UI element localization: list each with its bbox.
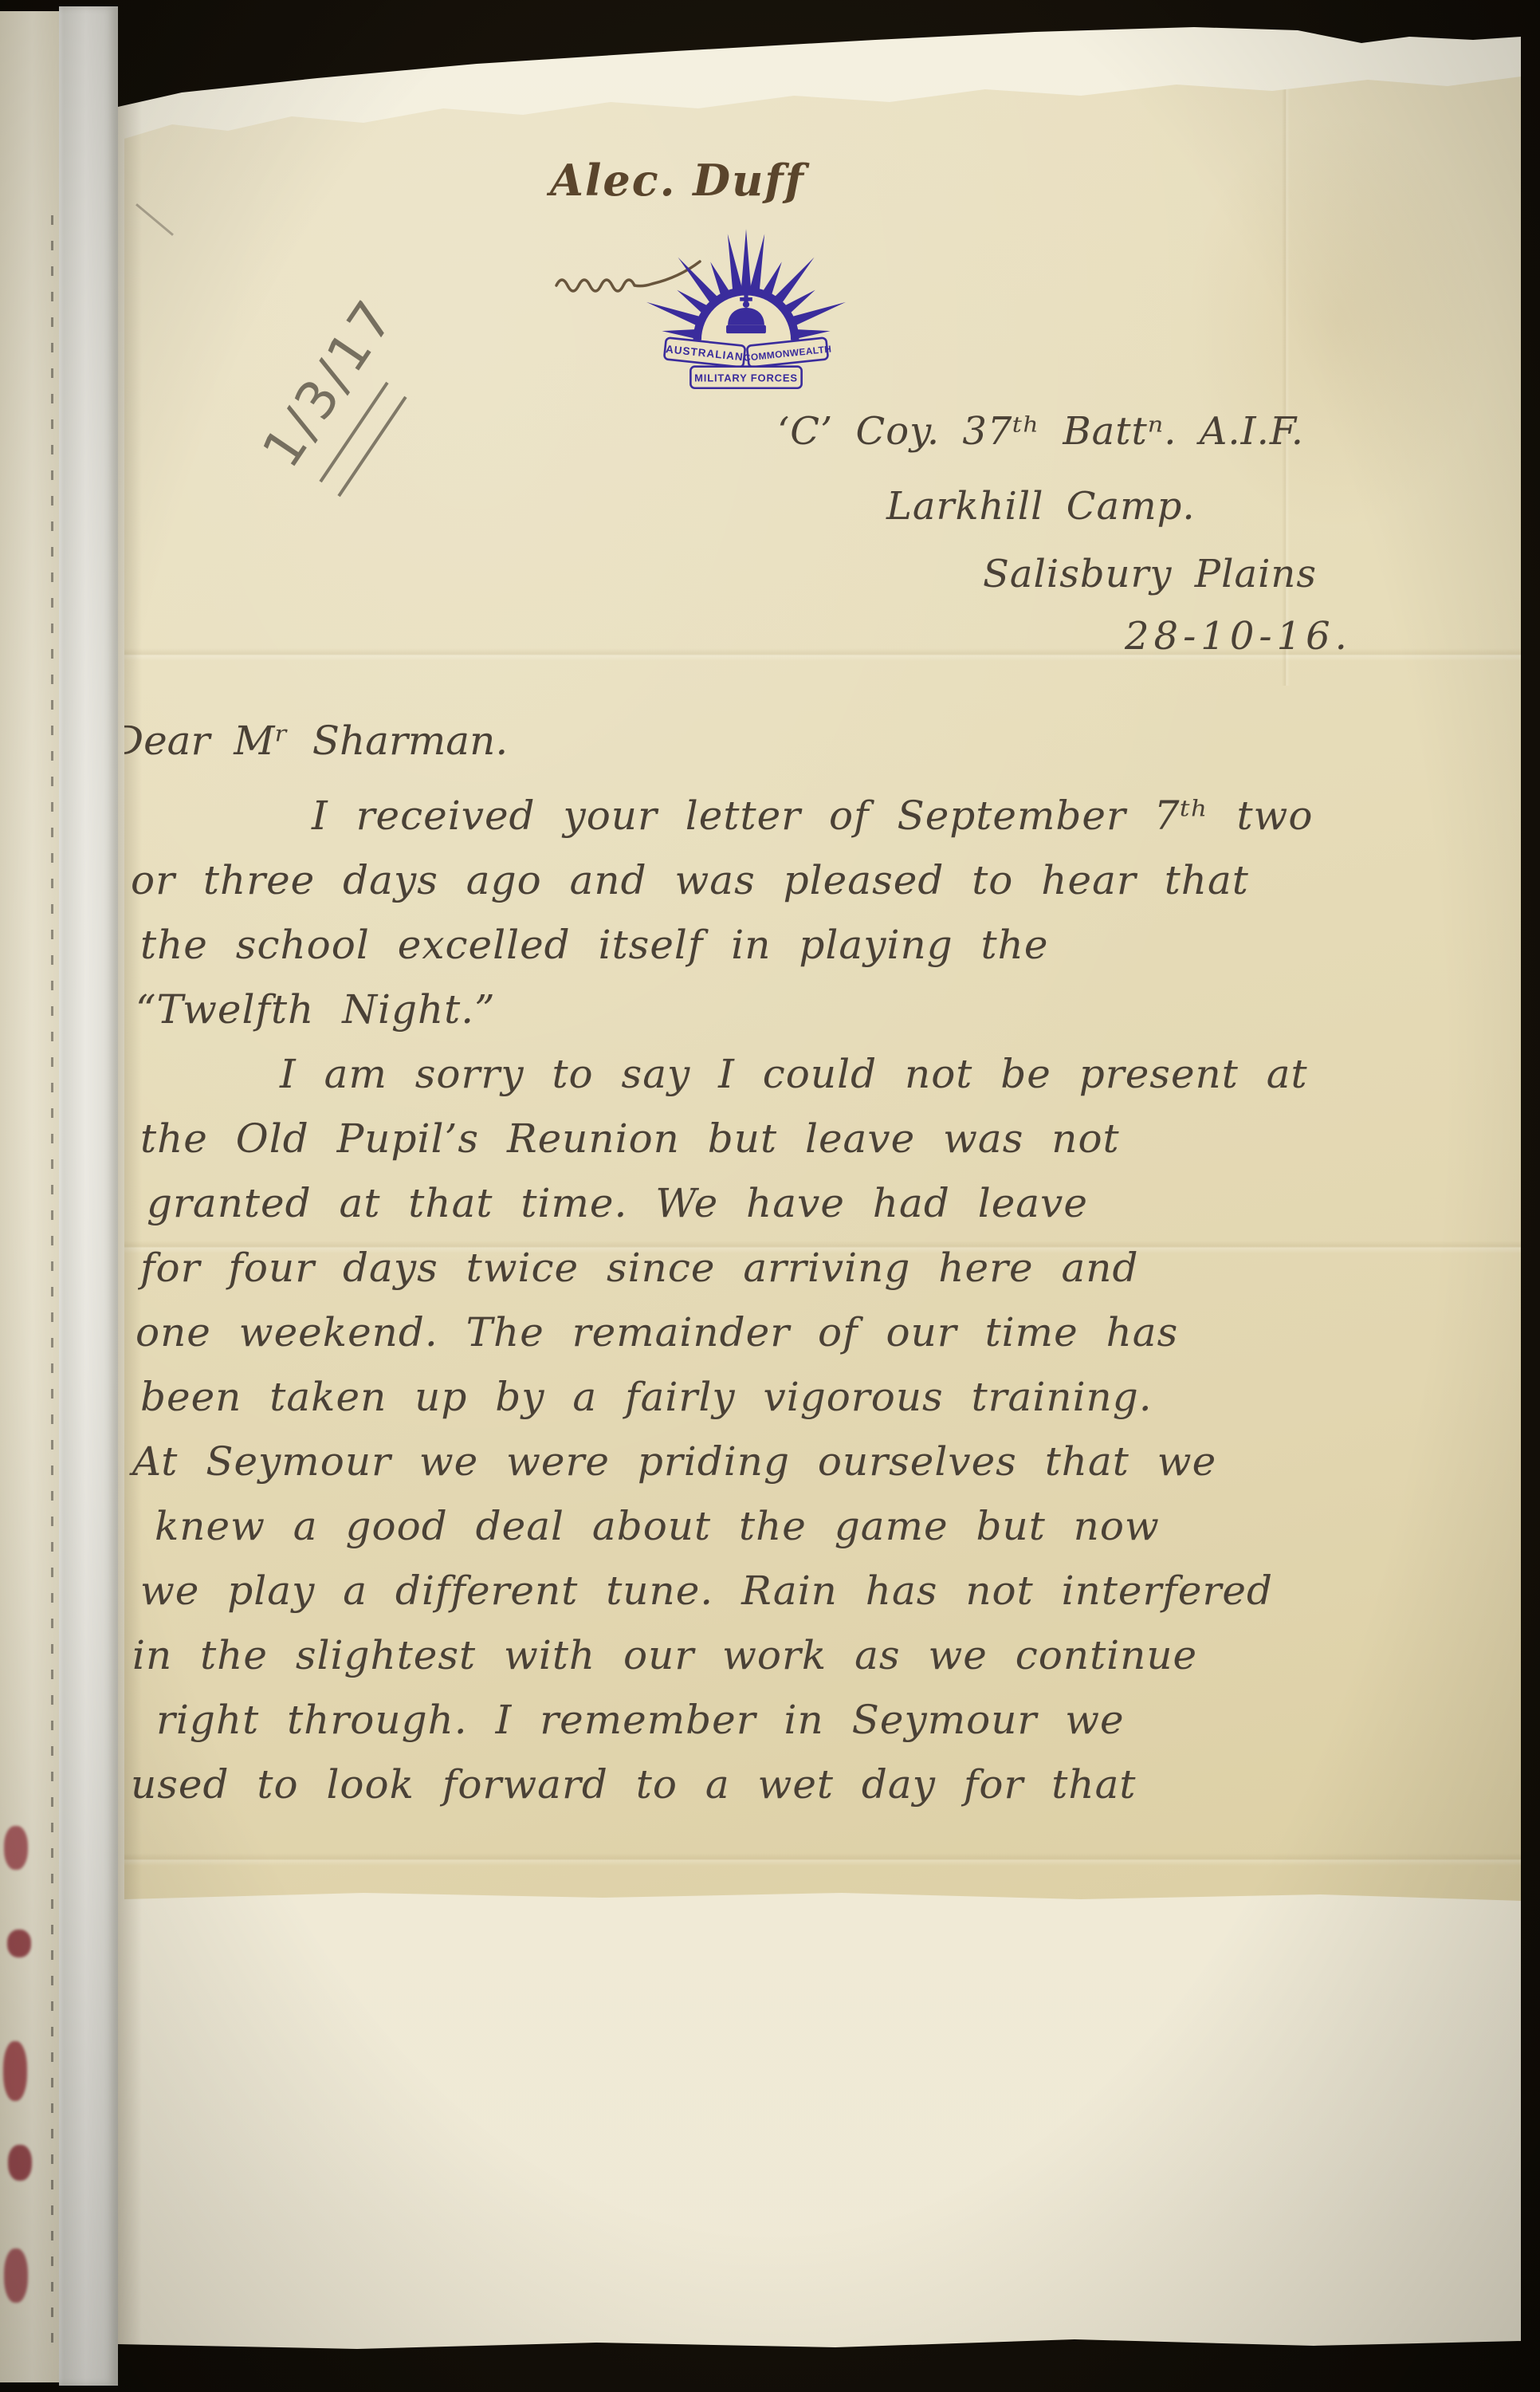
gutter-shadow [118,19,142,2360]
pencil-underline [337,396,407,498]
binding-red-mark [8,2145,32,2181]
letter-body: I received your letter of September 7ᵗʰ … [124,786,1511,1820]
facing-page-edge [0,11,59,2382]
letter-line: for four days twice since arriving here … [124,1238,1511,1303]
letter-line: used to look forward to a wet day for th… [124,1755,1511,1820]
pencil-annotation: 1/3/17 [218,297,442,504]
letter-line: I received your letter of September 7ᵗʰ … [124,786,1511,851]
letter-line: we play a different tune. Rain has not i… [124,1561,1511,1626]
salutation: Dear Mʳ Sharman. [112,718,508,764]
rising-sun-badge: AUSTRALIAN COMMONWEALTH MILITARY FORCES [640,224,852,393]
binding-red-mark [7,1930,31,1957]
binding-stitch-line [51,215,53,2352]
letter-photograph: 1/3/17 Alec. Duff [0,0,1540,2392]
letter-date: 28-10-16. [1125,614,1352,659]
letter-line: knew a good deal about the game but now [124,1497,1511,1561]
letter-line: been taken up by a fairly vigorous train… [124,1367,1511,1432]
letter-sheet: 1/3/17 Alec. Duff [124,19,1521,1906]
letter-line: the school excelled itself in playing th… [124,915,1511,980]
letter-line: the Old Pupil’s Reunion but leave was no… [124,1109,1511,1174]
inscription-name: Alec. Duff [550,155,805,206]
letter-line: or three days ago and was pleased to hea… [124,851,1511,915]
binding-red-mark [4,1826,28,1870]
rising-sun-badge-icon: AUSTRALIAN COMMONWEALTH MILITARY FORCES [640,224,852,393]
address-region: Salisbury Plains [983,552,1317,596]
fold-crease [124,1853,1521,1866]
letter-line: right through. I remember in Seymour we [124,1690,1511,1755]
letter-line: one weekend. The remainder of our time h… [124,1303,1511,1367]
binding-red-mark [4,2248,28,2303]
letter-line: At Seymour we were priding ourselves tha… [124,1432,1511,1497]
letter-line: granted at that time. We have had leave [124,1174,1511,1238]
binding-guard-strip [59,6,118,2386]
letter-line: “Twelfth Night.” [124,980,1511,1045]
pencil-annotation-text: 1/3/17 [250,288,407,478]
letter-line: in the slightest with our work as we con… [124,1626,1511,1690]
paper-stain [1186,115,1489,529]
binding-red-mark [3,2041,27,2101]
address-camp: Larkhill Camp. [886,484,1196,529]
album-page: 1/3/17 Alec. Duff [118,19,1521,2360]
letter-line: I am sorry to say I could not be present… [124,1045,1511,1109]
banner-bottom-text: MILITARY FORCES [694,372,798,384]
address-unit: ‘C’ Coy. 37ᵗʰ Battⁿ. A.I.F. [777,409,1304,454]
badge-scrolls: AUSTRALIAN COMMONWEALTH MILITARY FORCES [664,337,832,388]
